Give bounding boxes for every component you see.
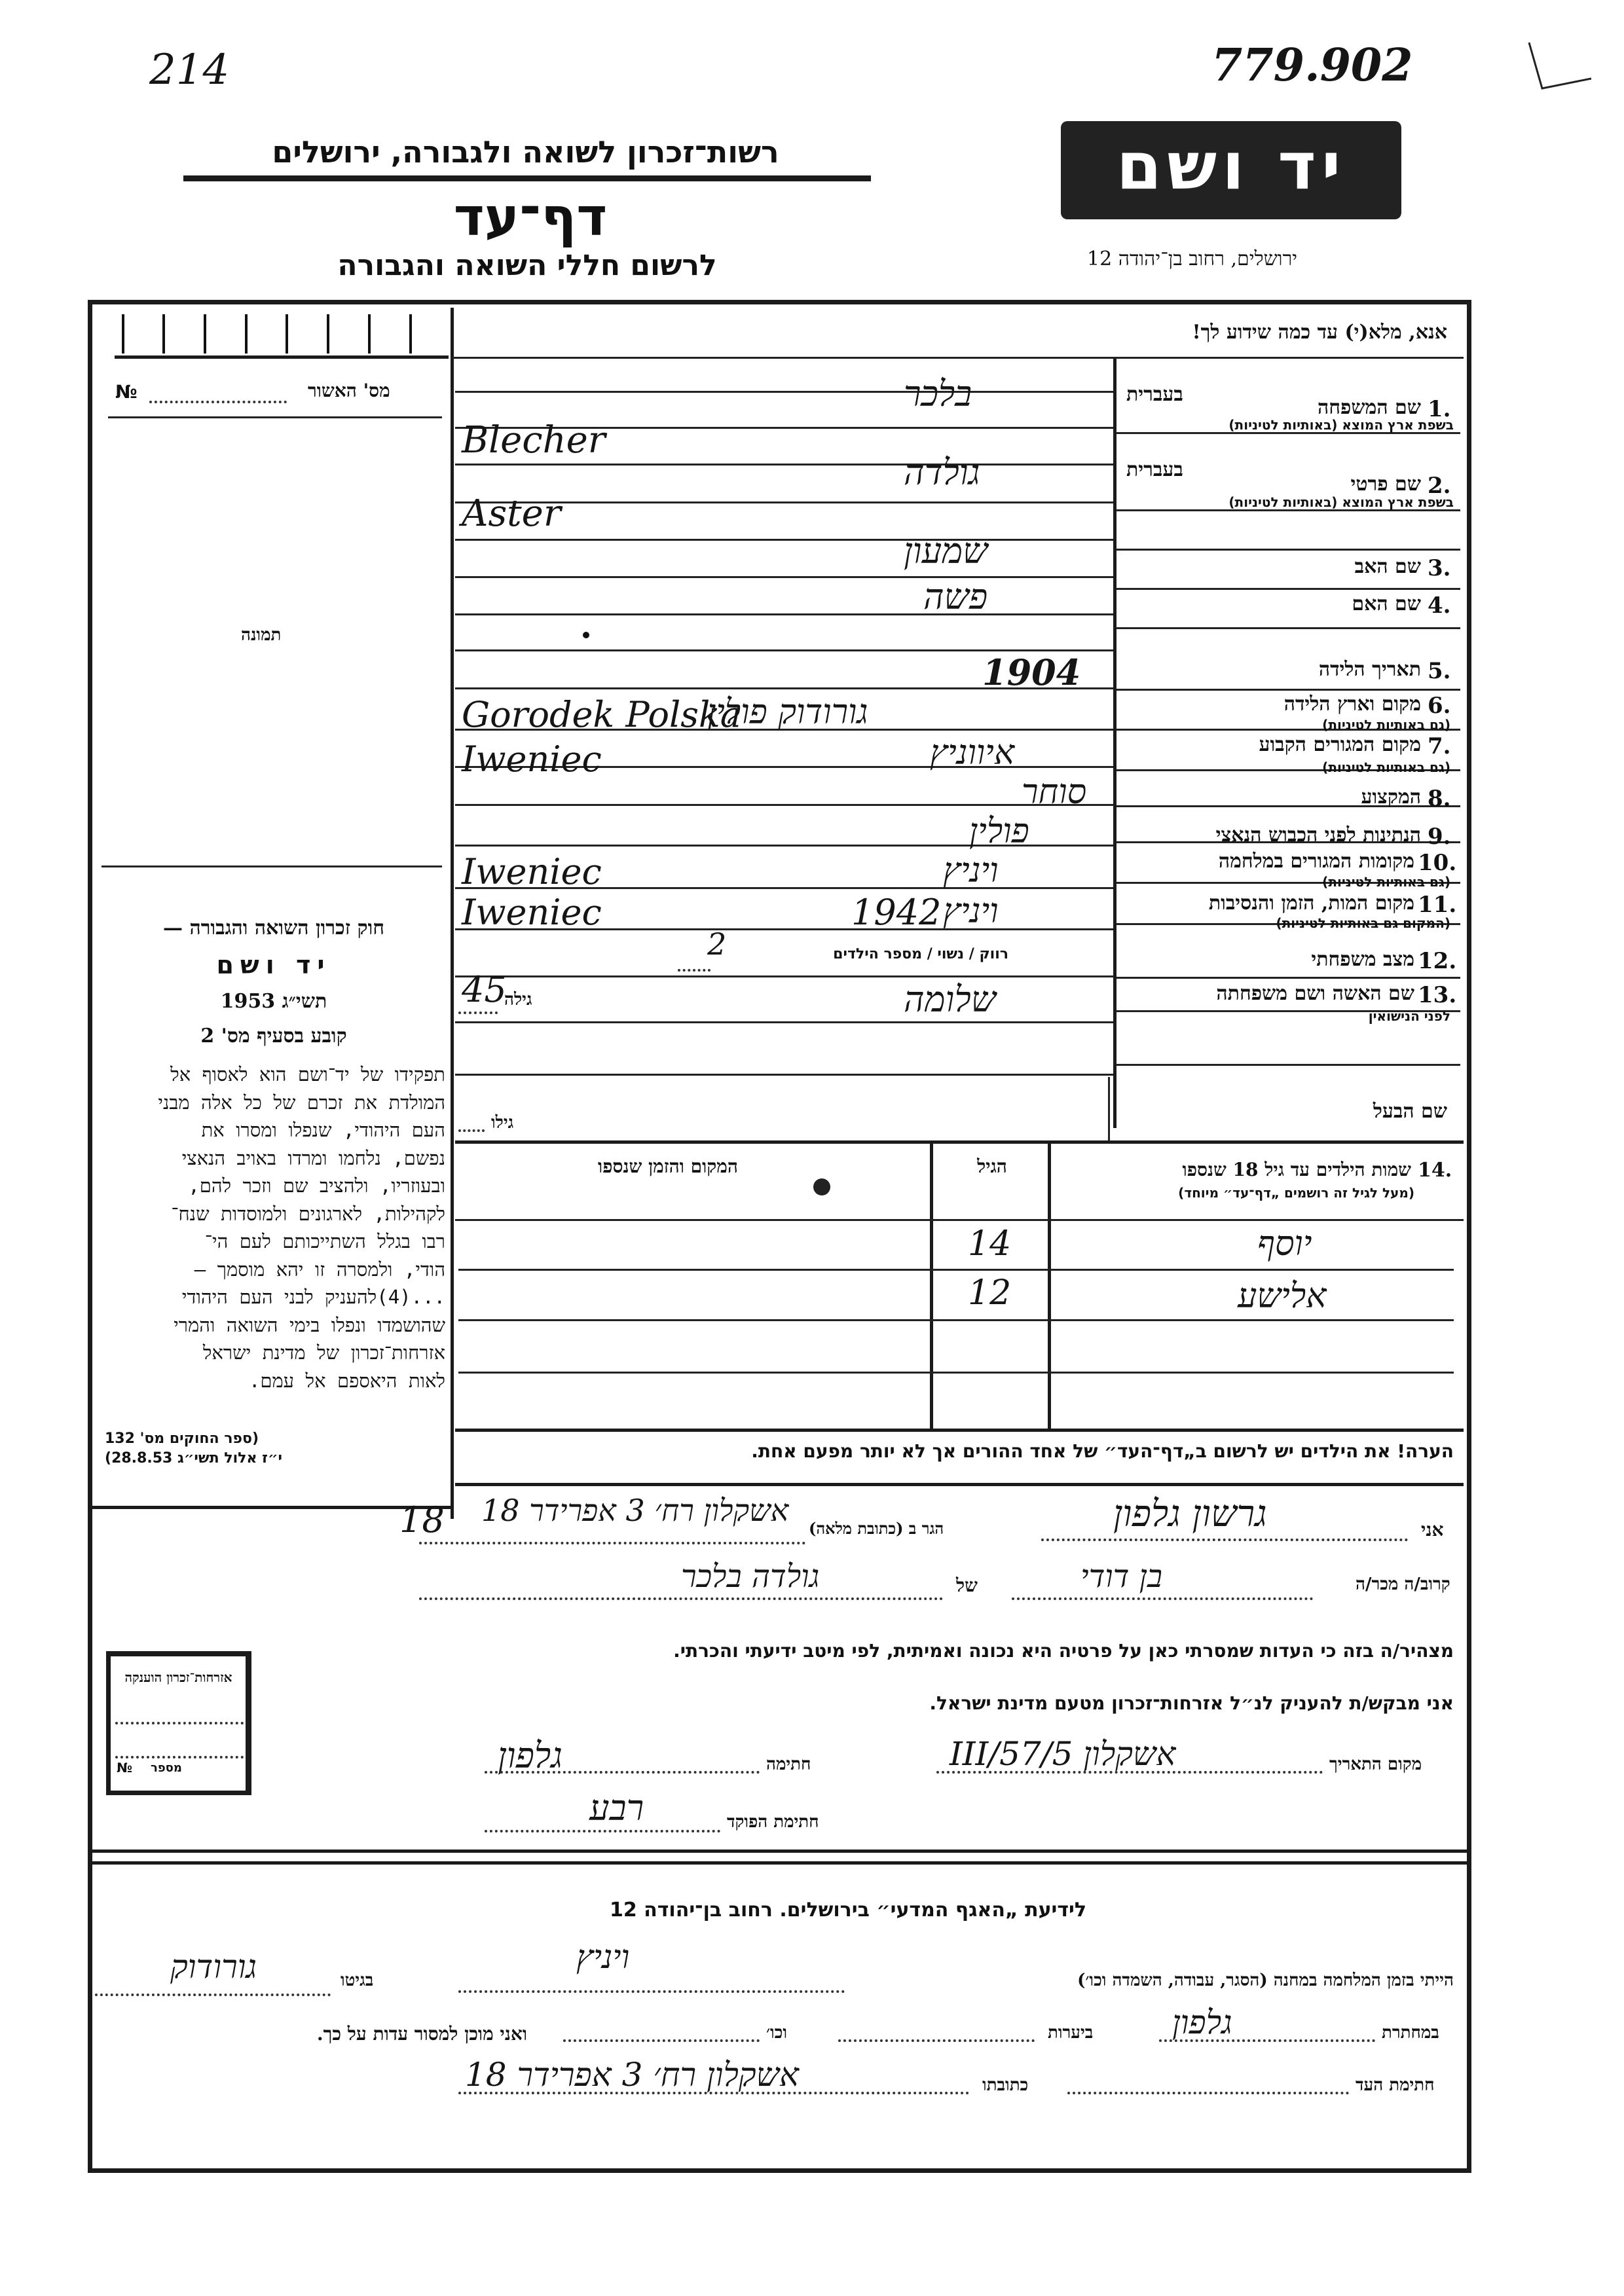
logo-text: יד ושם xyxy=(1067,128,1395,204)
law-line: המולדת את זכרם של כל אלה מבני xyxy=(98,1089,445,1117)
field-7-value-latin[interactable]: Iweniec xyxy=(462,738,602,780)
field-9-number: 9. xyxy=(1428,824,1451,850)
citizenship-box-title: אזרחות־זכרון הוענקה xyxy=(115,1669,242,1686)
field-7-value-hebrew[interactable]: איווניץ xyxy=(930,733,1014,773)
law-title: חוק זכרון השואה והגבורה — xyxy=(110,917,437,939)
law-line: העם היהודי, שנפלו ומסרו את xyxy=(98,1116,445,1144)
field-10-value-hebrew[interactable]: ויניץ xyxy=(943,851,999,890)
annotation-record-number: 779.902 xyxy=(1211,39,1413,92)
field-13-label: שם האשה ושם משפחתה xyxy=(1116,982,1414,1005)
field-6-sub: (גם באותיות לטיניות) xyxy=(1116,717,1450,733)
witness-camp-line xyxy=(458,1990,845,1993)
citizenship-box-line-2[interactable] xyxy=(115,1756,244,1758)
field-13-sub: לפני הנישואין xyxy=(1116,1008,1450,1024)
declaration-residing-line xyxy=(419,1542,805,1544)
child-name[interactable]: יוסף xyxy=(1257,1224,1312,1264)
law-name: יד ושם xyxy=(110,951,437,979)
witness-ghetto-value[interactable]: גורודוק xyxy=(170,1948,257,1986)
officer-signature-line xyxy=(485,1830,720,1832)
stray-dot xyxy=(583,632,589,638)
declaration-i-value[interactable]: גרשון גלפון xyxy=(1113,1493,1267,1535)
citizenship-box-number-label: מספר xyxy=(151,1761,182,1775)
signature-label: חתימה xyxy=(766,1755,811,1774)
law-line: ובעוזריו, ולהציב שם וזכר להם, xyxy=(98,1172,445,1200)
field-11-value-latin[interactable]: Iweniec xyxy=(462,892,602,933)
law-line: נפשם, נלחמו ומרדו באויב הנאצי xyxy=(98,1144,445,1173)
row-rule xyxy=(455,1074,1113,1076)
officer-signature-label: חתימת הפוקד xyxy=(727,1812,819,1832)
row-rule xyxy=(1116,588,1460,590)
law-line: שהושמדו ונפלו בימי השואה והמרי xyxy=(98,1311,445,1339)
children-table-divider-age xyxy=(930,1142,933,1430)
child-row-rule xyxy=(458,1269,1454,1271)
field-11-number: 11. xyxy=(1418,892,1456,918)
row-rule xyxy=(455,391,1113,393)
place-date-line xyxy=(936,1771,1323,1774)
approval-number-label: מס' האשור xyxy=(308,380,390,402)
field-13-value[interactable]: שלומה xyxy=(904,979,996,1020)
husband-age-label: גילו xyxy=(491,1113,513,1133)
citizenship-box-no-symbol: № xyxy=(117,1760,132,1776)
field-9-label: הנתינות לפני הכבוש הנאצי xyxy=(1116,824,1421,847)
witness-signature-line[interactable] xyxy=(1067,2092,1349,2094)
check-mark-icon xyxy=(1526,39,1598,98)
witness-etc-label: וכו׳ xyxy=(766,2023,787,2043)
frame-left xyxy=(88,300,92,2172)
form-title: דף־עד xyxy=(393,187,668,247)
field-7-number: 7. xyxy=(1428,733,1451,759)
declaration-relation-line xyxy=(1012,1597,1313,1600)
law-clause: קובע בסעיף מס' 2 xyxy=(110,1025,437,1048)
note: הערה! את הילדים יש לרשום ב„דף־העד״ של אח… xyxy=(471,1440,1454,1462)
signature-value[interactable]: גלפון xyxy=(498,1735,563,1776)
law-source-2: י״ז אלול תשי״ג 28.8.53) xyxy=(105,1450,282,1467)
field-7-sub: (גם באותיות לטיניות) xyxy=(1116,759,1450,775)
field-2-label: שם פרטי xyxy=(1231,473,1421,496)
declaration-statement: מצהיר/ה בזה כי העדות שמסרתי כאן על פרטיה… xyxy=(471,1640,1454,1662)
witness-camp-value[interactable]: ויניץ xyxy=(576,1938,629,1976)
field-8-value[interactable]: סוחר xyxy=(1022,773,1086,812)
row-rule xyxy=(1116,549,1460,551)
children-table-col-place: המקום והזמן שנספו xyxy=(517,1156,819,1178)
photo-rule xyxy=(101,866,442,867)
section-rule-1 xyxy=(92,1850,1467,1853)
approval-number-symbol: № xyxy=(115,381,138,403)
instructions-rule xyxy=(452,357,1464,359)
law-line: הודי, ולמסרה זו יהא מוסמך — xyxy=(98,1256,445,1284)
declaration-relation-value[interactable]: בן דודי xyxy=(1080,1558,1162,1595)
field-2-value-latin[interactable]: Aster xyxy=(462,492,561,535)
field-2-lang: בעברית xyxy=(1126,458,1183,481)
field-7-label: מקום המגורים הקבוע xyxy=(1166,733,1421,756)
declaration-request: אני מבקש/ת להעניק לנ״ל אזרחות־זכרון מטעם… xyxy=(753,1692,1454,1714)
field-4-number: 4. xyxy=(1428,592,1451,619)
witness-line1-label: הייתי בזמן המלחמה במחנה (הסגר, עבודה, הש… xyxy=(851,1971,1454,1990)
field-6-value-latin[interactable]: Gorodek Polska xyxy=(462,694,741,735)
witness-ghetto-line xyxy=(95,1994,331,1996)
row-rule xyxy=(1116,1064,1460,1066)
officer-signature-value[interactable]: רבע xyxy=(589,1787,644,1829)
children-table-title: שמות הילדים עד גיל 18 שנספו xyxy=(1054,1159,1411,1181)
witness-heading: לידיעת „האגף המדעי״ בירושלים. רחוב בן־יה… xyxy=(511,1899,1185,1922)
annotation-page-number: 214 xyxy=(149,46,229,94)
law-line: ...(4)להעניק לבני העם היהודי xyxy=(98,1283,445,1311)
yad-vashem-logo: יד ושם xyxy=(1061,121,1401,219)
citizenship-box-line-1[interactable] xyxy=(115,1722,244,1724)
field-11-value-hebrew[interactable]: ויניץ xyxy=(943,892,999,931)
child-place[interactable] xyxy=(465,1231,923,1264)
law-year: תשי״ג 1953 xyxy=(110,990,437,1013)
place-date-label: מקום התאריך xyxy=(1329,1755,1422,1774)
law-line: אזרחות־זכרון של מדינת ישראל xyxy=(98,1339,445,1367)
field-10-value-latin[interactable]: Iweniec xyxy=(462,851,602,892)
field-12-number: 12. xyxy=(1418,948,1456,974)
field-11-sub: (המקום גם באותיות לטיניות) xyxy=(1116,915,1450,931)
field-11-label: מקום המות, הזמן והנסיבות xyxy=(1116,892,1414,915)
row-rule xyxy=(455,576,1113,578)
note-rule xyxy=(455,1483,1464,1486)
law-line: תפקידו של יד־ושם הוא לאסוף אל xyxy=(98,1061,445,1089)
witness-forests-line xyxy=(838,2039,1035,2042)
declaration-residing-label: הגר ב (כתובת מלאה) xyxy=(809,1519,944,1539)
field-12-children-count[interactable]: 2 xyxy=(707,926,726,962)
law-line: לאות היאספם אל עמם. xyxy=(98,1367,445,1395)
declaration-residing-value[interactable]: אשקלון רח׳ 3 אפרידר 18 xyxy=(481,1493,788,1528)
field-4-value[interactable]: פשה xyxy=(923,576,987,617)
field-13-age-label: גילה xyxy=(504,990,532,1010)
field-1-lang: בעברית xyxy=(1126,383,1183,406)
form-subtitle: לרשום חללי השואה והגבורה xyxy=(249,249,805,282)
field-13-age-dots xyxy=(458,1011,498,1014)
law-body: תפקידו של יד־ושם הוא לאסוף אל המולדת את … xyxy=(98,1061,445,1394)
witness-address-line xyxy=(458,2092,969,2094)
declaration-of-line xyxy=(419,1597,943,1600)
witness-ready-label: ואני מוכן למסור עדות על כך. xyxy=(95,2023,527,2045)
frame-top xyxy=(88,300,1471,304)
field-4-label: שם האם xyxy=(1231,592,1421,615)
declaration-i-label: אני xyxy=(1421,1519,1443,1541)
approval-number-field[interactable] xyxy=(149,401,287,403)
child-name[interactable]: אלישע xyxy=(1238,1277,1326,1316)
approval-ticks xyxy=(118,313,432,359)
field-6-number: 6. xyxy=(1428,693,1451,719)
children-table-number: 14. xyxy=(1418,1159,1452,1182)
witness-ghetto-label: בגיטו xyxy=(341,1971,373,1990)
row-rule xyxy=(455,464,1113,465)
child-row-rule xyxy=(458,1372,1454,1374)
row-rule xyxy=(455,975,1113,977)
field-12-children-dots xyxy=(678,969,710,972)
field-6-label: מקום וארץ הלידה xyxy=(1166,693,1421,716)
field-3-label: שם האב xyxy=(1231,555,1421,578)
husband-divider xyxy=(1108,1077,1110,1141)
row-rule-thick xyxy=(455,1140,1464,1144)
children-table-bottom xyxy=(455,1429,1464,1432)
witness-underground-value[interactable]: גלפון xyxy=(1172,2003,1232,2041)
witness-underground-label: במחתרת xyxy=(1382,2023,1439,2043)
child-name[interactable] xyxy=(1058,1326,1450,1358)
photo-area[interactable] xyxy=(105,426,445,871)
field-13-age-value[interactable]: 45 xyxy=(462,969,507,1010)
field-1-value-latin[interactable]: Blecher xyxy=(462,419,606,462)
field-3-value[interactable]: שמעון xyxy=(904,530,987,572)
row-rule xyxy=(1116,689,1460,691)
children-table-divider-name xyxy=(1048,1142,1051,1430)
row-rule xyxy=(455,1021,1113,1023)
declaration-of-value[interactable]: גולדה בלכר xyxy=(681,1558,819,1595)
witness-signature-label: חתימת העד xyxy=(1356,2075,1435,2095)
margin-number-18: 18 xyxy=(399,1499,445,1540)
place-date-value[interactable]: אשקלון 5/III/57 xyxy=(950,1735,1175,1773)
witness-address-value[interactable]: אשקלון רח׳ 3 אפרידר 18 xyxy=(465,2056,799,2094)
ticks-baseline xyxy=(115,355,449,359)
row-rule xyxy=(455,613,1113,615)
frame-right xyxy=(1467,300,1471,2172)
field-12-label: מצב משפחתי xyxy=(1116,948,1414,971)
field-3-number: 3. xyxy=(1428,555,1451,581)
field-5-value[interactable]: 1904 xyxy=(982,651,1080,693)
row-rule xyxy=(1116,977,1460,979)
child-row-rule xyxy=(458,1319,1454,1321)
frame-bottom xyxy=(88,2168,1471,2173)
left-panel-divider xyxy=(451,308,454,1519)
field-10-number: 10. xyxy=(1418,850,1456,876)
child-age[interactable]: 14 xyxy=(968,1224,1011,1264)
witness-etc-line xyxy=(563,2039,760,2042)
field-5-number: 5. xyxy=(1428,658,1451,684)
law-source-1: (ספר החוקים מס' 132 xyxy=(105,1430,259,1447)
field-10-sub: (גם באותיות לטיניות) xyxy=(1116,874,1450,890)
field-1-sub: בשפת ארץ המוצא (באותיות לטיניות) xyxy=(1116,417,1454,433)
row-rule xyxy=(1116,627,1460,629)
children-table-col-age: הגיל xyxy=(943,1156,1041,1178)
field-2-value-hebrew[interactable]: גולדה xyxy=(904,452,980,493)
husband-label: שם הבעל xyxy=(1244,1100,1447,1123)
witness-address-label: כתובתו xyxy=(982,2075,1028,2095)
field-13-number: 13. xyxy=(1418,982,1456,1008)
field-10-label: מקומות המגורים במלחמה xyxy=(1116,850,1414,873)
husband-age-dots xyxy=(458,1129,485,1132)
law-line: רבו בגלל השתייכותם לעם הי־ xyxy=(98,1228,445,1256)
field-2-sub: בשפת ארץ המוצא (באותיות לטיניות) xyxy=(1116,494,1454,510)
child-place[interactable] xyxy=(465,1280,923,1313)
child-age[interactable]: 12 xyxy=(968,1273,1011,1313)
declaration-of-label: של xyxy=(956,1575,978,1597)
stamp-dot-icon xyxy=(813,1178,830,1195)
row-rule xyxy=(455,539,1113,541)
declaration-i-line xyxy=(1041,1539,1408,1541)
field-8-number: 8. xyxy=(1428,786,1451,812)
law-line: לקהילות, לארגונים ולמוסדות שנח־ xyxy=(98,1200,445,1228)
field-1-value-hebrew[interactable]: בלכר xyxy=(904,373,972,414)
signature-line xyxy=(485,1771,760,1774)
field-5-label: תאריך הלידה xyxy=(1231,658,1421,681)
declaration-relation-label: קרוב/ה מכר/ה xyxy=(1356,1575,1450,1594)
section-rule-2 xyxy=(92,1861,1467,1865)
witness-forests-label: ביערות xyxy=(1048,2023,1093,2043)
field-9-value[interactable]: פולין xyxy=(969,812,1029,851)
field-11-value-year[interactable]: 1942 xyxy=(851,892,941,933)
field-1-label: שם המשפחה xyxy=(1231,396,1421,419)
child-name[interactable] xyxy=(1058,1378,1450,1411)
instructions: אנא, מלא(י) עד כמה שידוע לך! xyxy=(1074,321,1447,344)
approval-rule xyxy=(108,416,442,418)
witness-underground-line xyxy=(1159,2039,1375,2042)
field-8-label: המקצוע xyxy=(1231,786,1421,809)
children-header-rule xyxy=(455,1219,1464,1221)
org-name: רשות־זכרון לשואה ולגבורה, ירושלים xyxy=(177,134,874,170)
row-rule xyxy=(455,804,1113,806)
header-address: ירושלים, רחוב בן־יהודה 12 xyxy=(1087,247,1297,270)
header-rule xyxy=(183,175,871,181)
children-table-subtitle: (מעל לגיל זה רושמים „דף־עד״ מיוחד) xyxy=(1054,1185,1414,1201)
field-12-options: רווק / נשוי / מספר הילדים xyxy=(766,946,1008,962)
